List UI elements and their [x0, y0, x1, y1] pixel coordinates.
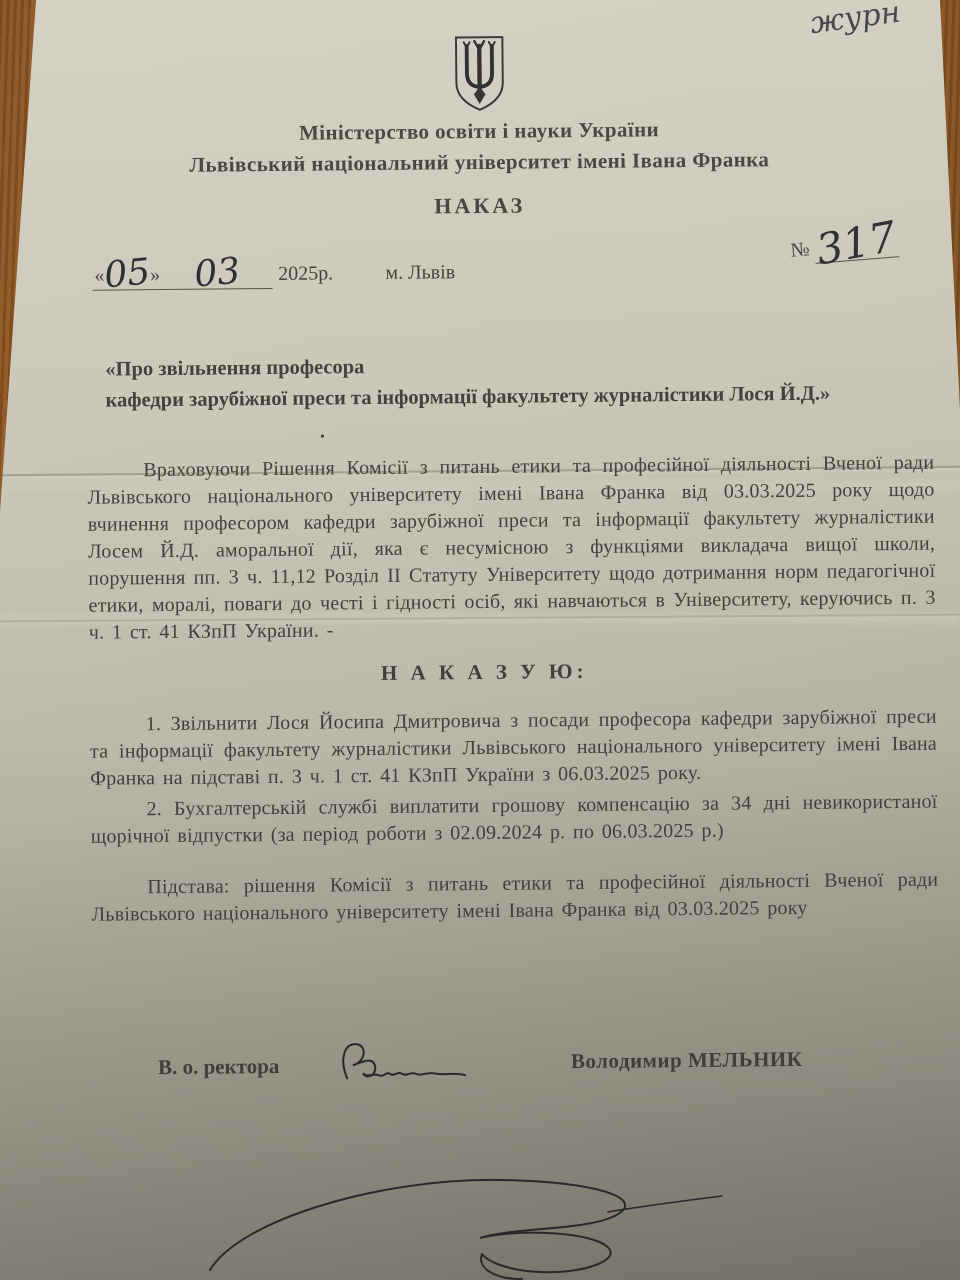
handwritten-number: 317 [815, 225, 898, 261]
ministry-title: Міністерство освіти і науки України [0, 113, 959, 149]
order-heading: Н А К А З У Ю: [4, 654, 960, 690]
close-quote: » [150, 264, 160, 286]
signatory-role: В. о. ректора [158, 1053, 280, 1081]
rector-signature-icon [333, 1035, 484, 1091]
document-photo: журн Міністерство освіти і науки України… [0, 0, 960, 1280]
order-item-1: 1. Звільнити Лося Йосипа Дмитровича з по… [90, 704, 938, 793]
ukraine-trident-emblem-icon [450, 34, 509, 115]
date-field: «05»032025р. [92, 258, 333, 290]
signatory-name: Володимир МЕЛЬНИК [571, 1046, 803, 1075]
bottom-scribble-signature-icon [170, 1148, 730, 1280]
order-items: 1. Звільнити Лося Йосипа Дмитровича з по… [5, 703, 960, 851]
subject-line-2: кафедри зарубіжної преси та інформації ф… [105, 378, 901, 417]
document-content: журн Міністерство освіти і науки України… [0, 0, 960, 1280]
paper-order-document: журн Міністерство освіти і науки України… [0, 0, 960, 1280]
university-title: Львівський національний університет імен… [0, 144, 959, 180]
city-label: м. Львів [385, 259, 455, 287]
day-blank: «05» [92, 260, 162, 291]
handwritten-day: 05 [104, 262, 152, 286]
number-blank: 317 [813, 223, 899, 264]
document-type-title: НАКАЗ [0, 187, 960, 223]
date-and-number-row: «05»032025р. м. Львів № 317 [0, 238, 960, 317]
order-number-field: № 317 [789, 223, 899, 265]
handwritten-month: 03 [193, 261, 241, 285]
month-blank: 03 [162, 259, 272, 290]
order-subject: «Про звільнення професора кафедри зарубі… [105, 347, 902, 417]
number-sign: № [790, 238, 811, 261]
year-label: 2025р. [278, 262, 333, 285]
preamble-paragraph: Враховуючи Рішення Комісії з питань етик… [87, 450, 936, 647]
handwritten-corner-note: журн [808, 0, 901, 37]
basis-paragraph: Підстава: рішення Комісії з питань етики… [91, 867, 938, 929]
separator-dot: . [320, 412, 960, 445]
order-item-2: 2. Бухгалтерській службі виплатити грошо… [90, 789, 937, 851]
signature-row: В. о. ректора Володимир МЕЛЬНИК [8, 1028, 960, 1107]
